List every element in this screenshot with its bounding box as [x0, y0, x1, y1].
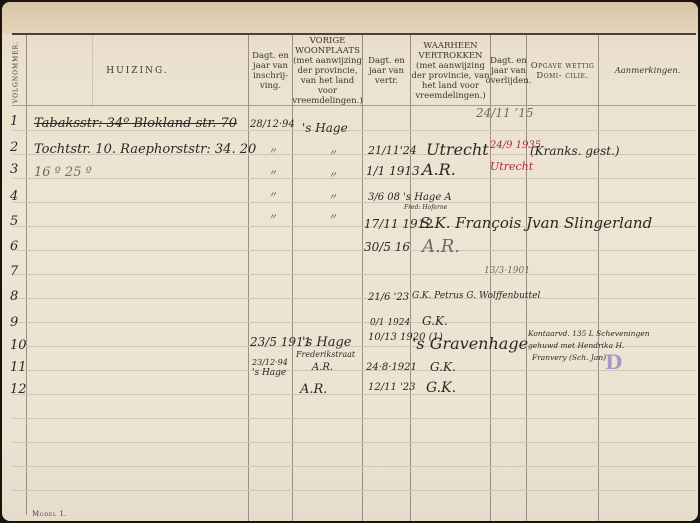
row-number: 9 — [10, 315, 18, 330]
header-volgnommer: VOLGNOMMER. — [6, 40, 26, 104]
vertrek-date-9: 21/6 '23 — [368, 292, 409, 303]
ditto-mark: 〃 — [268, 210, 277, 223]
header-vorige-woonplaats: VORIGE WOONPLAATS (met aanwijzing der pr… — [293, 36, 362, 106]
huizing-entry-2: Tochtstr. 10. Raephorststr: 34. 20 — [34, 142, 256, 157]
purple-stamp: D — [605, 350, 622, 374]
row-rule — [12, 394, 696, 395]
row-number: 4 — [10, 189, 18, 204]
aanmerking-11-line1: Kontaarvd. 135 L Scheveningen — [528, 329, 650, 338]
ditto-mark: 〃 — [268, 166, 277, 179]
huizing-entry-3: 16 º 25 º — [34, 165, 92, 180]
col-divider — [248, 35, 249, 521]
vertrek-date-7: 30/5 16 — [364, 240, 410, 254]
row-rule — [12, 250, 696, 251]
row-rule — [12, 466, 696, 467]
waarheen-13: G.K. — [426, 380, 456, 396]
header-inschrijving: Dagt. en jaar van inschrij- ving. — [249, 36, 292, 106]
huizing-entry-1: Tabaksstr: 34º Blokland str. 70 — [34, 116, 237, 131]
waarheen-9: G.K. Petrus G. Wolffenbuttel — [412, 291, 540, 301]
row-number: 8 — [10, 289, 18, 304]
row-rule — [12, 322, 696, 323]
col-divider — [362, 35, 363, 521]
vertrek-date-3: 1/1 1913. — [366, 164, 423, 178]
row-rule — [12, 298, 696, 299]
waarheen-10: G.K. — [422, 314, 448, 328]
inschrijving-place-12: 's Hage — [252, 368, 286, 378]
vorige-woonplaats-note-11: Frederikstraat — [296, 350, 355, 359]
overlijden-note-2: (Kranks. gest.) — [530, 144, 620, 158]
vertrek-date-10: 0/1 1924 — [370, 318, 410, 328]
ditto-mark: 〃 — [328, 146, 337, 159]
card-top-edge — [2, 2, 698, 34]
row-number: 3 — [10, 162, 18, 177]
register-card: VOLGNOMMER. HUIZING. Dagt. en jaar van i… — [2, 2, 698, 521]
aanmerking-11-line3: Franvery (Sch. Jan) — [532, 353, 606, 362]
vorige-woonplaats-1: 's Hage — [302, 121, 348, 135]
waarheen-7: A.R. — [422, 236, 460, 257]
row-number: 2 — [10, 140, 18, 155]
header-huizing: HUIZING. — [27, 36, 248, 106]
form-model-label: Model 1. — [32, 510, 67, 518]
vertrek-date-13: 12/11 '23 — [368, 382, 415, 393]
waarheen-11: 's Gravenhage — [412, 334, 528, 353]
row-rule — [12, 442, 696, 443]
row-number: 6 — [10, 239, 18, 254]
header-waarheen: WAARHEEN VERTROKKEN (met aanwijzing der … — [411, 36, 490, 106]
vertrek-date-12: 24·8·1921 — [366, 362, 417, 373]
header-overlijden: Dagt. en jaar van overlijden. — [491, 36, 526, 106]
waarheen-3: A.R. — [422, 160, 456, 179]
row-rule — [12, 274, 696, 275]
pencil-date-note: 24/11 ’15 — [476, 106, 533, 120]
row-rule — [12, 490, 696, 491]
header-aanmerkingen: Aanmerkingen. — [599, 36, 696, 106]
inschrijving-date-12: 23/12·94 — [252, 358, 288, 367]
col-divider — [292, 35, 293, 521]
row-rule — [12, 202, 696, 203]
row-number: 11 — [10, 360, 27, 375]
ditto-mark: 〃 — [328, 190, 337, 203]
row-rule — [12, 418, 696, 419]
row-number: 12 — [10, 382, 27, 397]
ditto-mark: 〃 — [328, 168, 337, 181]
row-number: 7 — [10, 264, 18, 279]
inschrijving-date-1: 28/12·94 — [250, 119, 295, 130]
vertrek-date-5: 3/6 08 's Hage A — [368, 192, 452, 203]
row-rule — [12, 370, 696, 371]
aanmerking-11-line2: gehuwd met Hendrika H. — [528, 341, 624, 350]
col-divider — [410, 35, 411, 521]
waarheen-6: S.K. François Jvan Slingerland — [420, 214, 652, 232]
header-top-rule — [12, 33, 696, 35]
row-rule — [12, 178, 696, 179]
header-domicilie: Opgave wettig Domi- cilie. — [527, 36, 598, 106]
col-divider — [26, 35, 27, 515]
col-divider — [598, 35, 599, 521]
pencil-date-1901: 13/3·1901 — [484, 266, 530, 276]
red-annotation-place: Utrecht — [490, 160, 533, 173]
row-number: 10 — [10, 338, 27, 353]
vorige-woonplaats-13: A.R. — [300, 382, 327, 397]
header-vertrek: Dagt. en jaar van vertr. — [363, 36, 410, 106]
vorige-woonplaats-11: 's Hage — [302, 335, 351, 350]
row-number: 1 — [10, 114, 18, 129]
ditto-mark: 〃 — [268, 188, 277, 201]
ditto-mark: 〃 — [268, 144, 277, 157]
row-number: 5 — [10, 214, 18, 229]
waarheen-2: Utrecht — [426, 140, 489, 159]
waarheen-12: G.K. — [430, 360, 456, 374]
header-volgnommer-label: VOLGNOMMER. — [13, 41, 20, 103]
ditto-mark: 〃 — [328, 210, 337, 223]
vertrek-note-5: Fred: Hoferne — [404, 204, 447, 211]
vertrek-date-2: 21/11'24 — [368, 144, 417, 157]
vorige-woonplaats-12: A.R. — [312, 362, 333, 373]
